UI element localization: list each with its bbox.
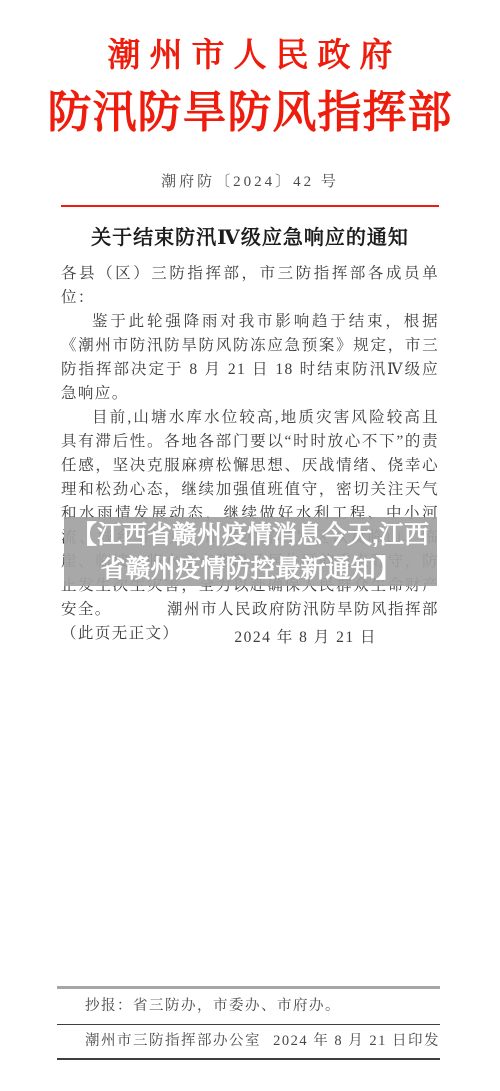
- watermark-overlay-text: 【江西省赣州疫情消息今天,江西省赣州疫情防控最新通知】: [64, 518, 437, 586]
- signature-block: 潮州市人民政府防汛防旱防风指挥部 2024 年 8 月 21 日: [61, 598, 439, 650]
- issuing-office: 潮州市三防指挥部办公室: [85, 1033, 261, 1050]
- footer-divider-bottom: [57, 1058, 440, 1060]
- signature-date: 2024 年 8 月 21 日: [61, 626, 439, 650]
- body-paragraph-2: 目前,山塘水库水位较高,地质灾害风险较高且具有滞后性。各地各部门要以“时时放心不…: [61, 406, 439, 622]
- issuer-row: 潮州市三防指挥部办公室 2024 年 8 月 21 日印发: [57, 1025, 440, 1058]
- red-divider-line: [61, 205, 439, 207]
- document-title: 关于结束防汛Ⅳ级应急响应的通知: [0, 225, 500, 252]
- document-footer: 抄报：省三防办，市委办、市府办。 潮州市三防指挥部办公室 2024 年 8 月 …: [57, 986, 440, 1060]
- body-paragraph-1: 鉴于此轮强降雨对我市影响趋于结束，根据《潮州市防汛防旱防风防冻应急预案》规定，市…: [61, 310, 439, 406]
- cc-line: 抄报：省三防办，市委办、市府办。: [57, 989, 440, 1024]
- salutation-line: 各县（区）三防指挥部，市三防指挥部各成员单位：: [61, 262, 439, 310]
- document-page: 潮州市人民政府 防汛防旱防风指挥部 潮府防〔2024〕42 号 关于结束防汛Ⅳ级…: [0, 0, 500, 1091]
- issuing-org-department: 防汛防旱防风指挥部: [0, 86, 500, 140]
- signature-org: 潮州市人民政府防汛防旱防风指挥部: [61, 598, 439, 622]
- print-date: 2024 年 8 月 21 日印发: [273, 1033, 440, 1050]
- watermark-overlay-banner: 【江西省赣州疫情消息今天,江西省赣州疫情防控最新通知】: [64, 517, 437, 586]
- document-body: 各县（区）三防指挥部，市三防指挥部各成员单位： 鉴于此轮强降雨对我市影响趋于结束…: [61, 262, 439, 646]
- letterhead: 潮州市人民政府 防汛防旱防风指挥部: [0, 0, 500, 140]
- document-number: 潮府防〔2024〕42 号: [0, 170, 500, 191]
- issuing-org-name: 潮州市人民政府: [0, 36, 500, 76]
